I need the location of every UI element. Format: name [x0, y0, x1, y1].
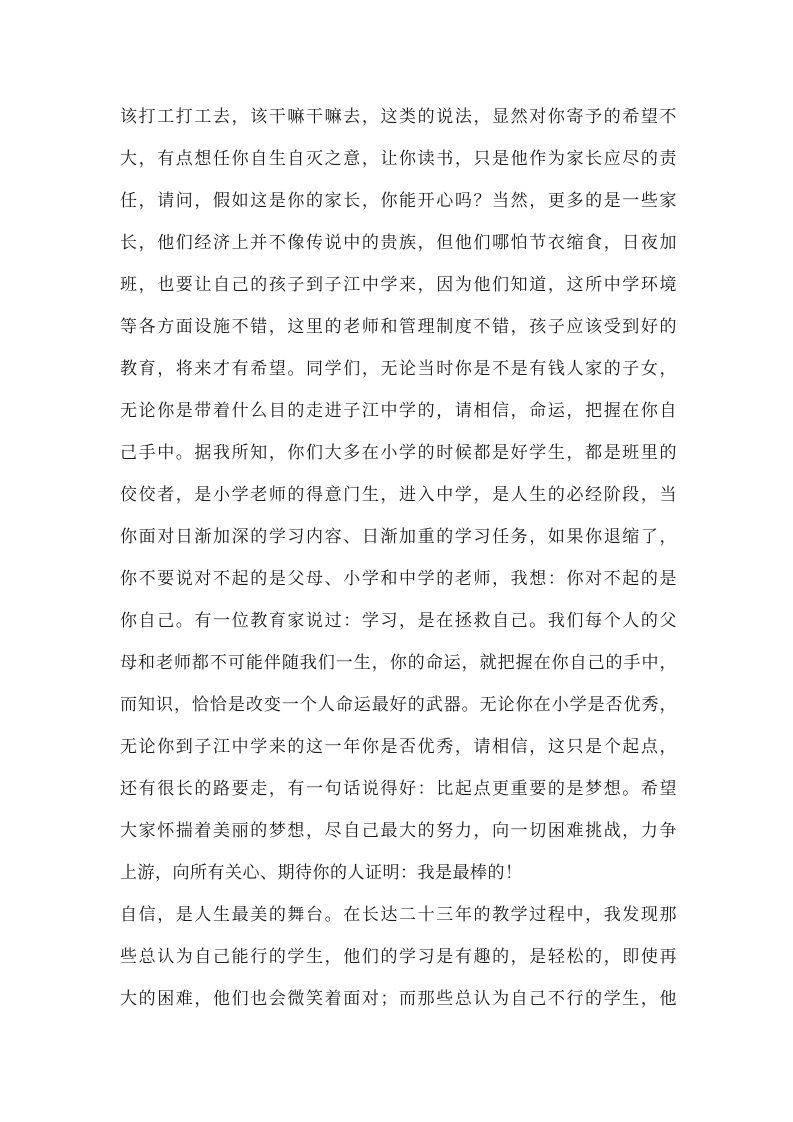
text-line: 无论你到子江中学来的这一年你是否优秀，请相信，这只是个起点，	[120, 726, 677, 768]
text-line: 教育，将来才有希望。同学们，无论当时你是不是有钱人家的子女，	[120, 348, 677, 390]
text-line: 你不要说对不起的是父母、小学和中学的老师，我想：你对不起的是	[120, 558, 677, 600]
text-line: 该打工打工去，该干嘛干嘛去，这类的说法，显然对你寄予的希望不	[120, 96, 677, 138]
text-line: 还有很长的路要走，有一句话说得好：比起点更重要的是梦想。希望	[120, 768, 677, 810]
document-page: 该打工打工去，该干嘛干嘛去，这类的说法，显然对你寄予的希望不大，有点想任你自生自…	[0, 0, 793, 1122]
text-line: 佼佼者，是小学老师的得意门生，进入中学，是人生的必经阶段，当	[120, 474, 677, 516]
text-line: 己手中。据我所知，你们大多在小学的时候都是好学生，都是班里的	[120, 432, 677, 474]
text-line: 班，也要让自己的孩子到子江中学来，因为他们知道，这所中学环境	[120, 264, 677, 306]
text-line: 等各方面设施不错，这里的老师和管理制度不错，孩子应该受到好的	[120, 306, 677, 348]
text-line: 上游，向所有关心、期待你的人证明：我是最棒的！	[120, 852, 677, 894]
text-line: 任，请问，假如这是你的家长，你能开心吗？当然，更多的是一些家	[120, 180, 677, 222]
text-line: 长，他们经济上并不像传说中的贵族，但他们哪怕节衣缩食，日夜加	[120, 222, 677, 264]
paragraph: 该打工打工去，该干嘛干嘛去，这类的说法，显然对你寄予的希望不大，有点想任你自生自…	[120, 96, 677, 894]
text-line: 些总认为自己能行的学生，他们的学习是有趣的，是轻松的，即使再	[120, 936, 677, 978]
document-body: 该打工打工去，该干嘛干嘛去，这类的说法，显然对你寄予的希望不大，有点想任你自生自…	[120, 96, 677, 1020]
text-line: 无论你是带着什么目的走进子江中学的，请相信，命运，把握在你自	[120, 390, 677, 432]
text-line: 你自己。有一位教育家说过：学习，是在拯救自己。我们每个人的父	[120, 600, 677, 642]
text-line: 大的困难，他们也会微笑着面对；而那些总认为自己不行的学生，他	[120, 978, 677, 1020]
text-line: 自信，是人生最美的舞台。在长达二十三年的教学过程中，我发现那	[120, 894, 677, 936]
text-line: 大家怀揣着美丽的梦想，尽自己最大的努力，向一切困难挑战，力争	[120, 810, 677, 852]
text-line: 而知识，恰恰是改变一个人命运最好的武器。无论你在小学是否优秀，	[120, 684, 677, 726]
text-line: 大，有点想任你自生自灭之意，让你读书，只是他作为家长应尽的责	[120, 138, 677, 180]
paragraph: 自信，是人生最美的舞台。在长达二十三年的教学过程中，我发现那些总认为自己能行的学…	[120, 894, 677, 1020]
text-line: 你面对日渐加深的学习内容、日渐加重的学习任务，如果你退缩了，	[120, 516, 677, 558]
text-line: 母和老师都不可能伴随我们一生，你的命运，就把握在你自己的手中，	[120, 642, 677, 684]
